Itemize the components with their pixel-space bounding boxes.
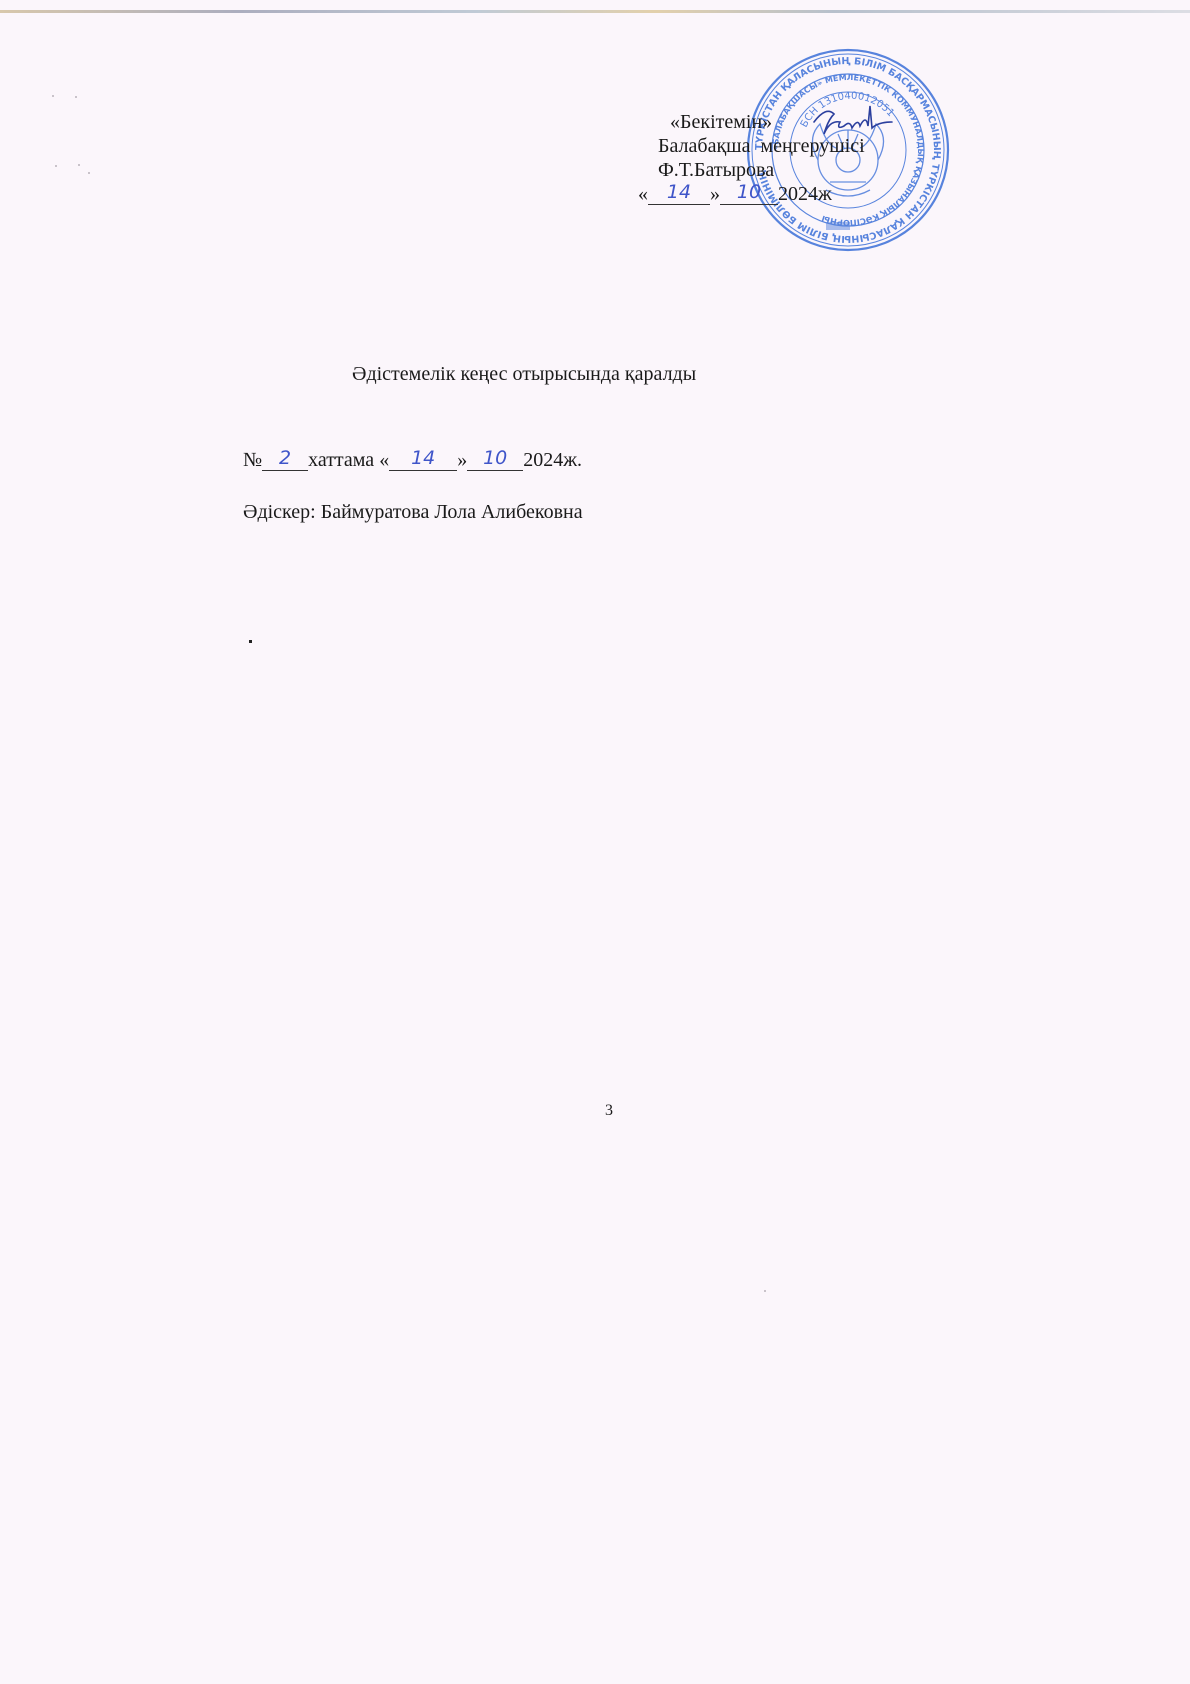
approval-date: «14»102024ж bbox=[638, 182, 865, 206]
methodist-line: Әдіскер: Баймуратова Лола Алибековна bbox=[243, 500, 583, 524]
protocol-month-field: 10 bbox=[467, 448, 523, 471]
protocol-number-field: 2 bbox=[262, 448, 308, 471]
scan-top-edge bbox=[0, 10, 1190, 13]
document-heading: Әдістемелік кеңес отырысында қаралды bbox=[352, 362, 696, 386]
scan-speck bbox=[55, 165, 57, 167]
date-close-quote: » bbox=[710, 183, 720, 205]
date-month-handwritten: 10 bbox=[737, 181, 761, 203]
scan-speck bbox=[78, 164, 80, 166]
scan-speck bbox=[764, 1290, 766, 1292]
date-day-handwritten: 14 bbox=[667, 181, 691, 203]
document-page: ТҮРКІСТАН ҚАЛАСЫНЫҢ БІЛІМ БАСҚАРМАСЫНЫҢ … bbox=[0, 0, 1190, 1684]
protocol-number-prefix: № bbox=[243, 449, 262, 471]
protocol-day-handwritten: 14 bbox=[411, 447, 435, 469]
scan-speck bbox=[75, 96, 77, 98]
signature-icon bbox=[808, 100, 894, 150]
protocol-year: 2024ж. bbox=[523, 449, 582, 471]
page-number: 3 bbox=[605, 1102, 613, 1120]
protocol-month-handwritten: 10 bbox=[483, 447, 507, 469]
protocol-label: хаттама « bbox=[308, 449, 389, 471]
approval-name: Ф.Т.Батырова bbox=[640, 158, 865, 182]
protocol-line: №2хаттама «14»102024ж. bbox=[243, 448, 582, 472]
scan-speck bbox=[88, 172, 90, 174]
date-year: 2024ж bbox=[778, 183, 832, 205]
protocol-number-handwritten: 2 bbox=[279, 447, 291, 469]
scan-speck bbox=[52, 95, 54, 97]
date-open-quote: « bbox=[638, 183, 648, 205]
date-day-field: 14 bbox=[648, 182, 710, 205]
date-month-field: 10 bbox=[720, 182, 778, 205]
stray-dot bbox=[249, 640, 252, 643]
protocol-day-field: 14 bbox=[389, 448, 457, 471]
protocol-close-quote: » bbox=[457, 449, 467, 471]
